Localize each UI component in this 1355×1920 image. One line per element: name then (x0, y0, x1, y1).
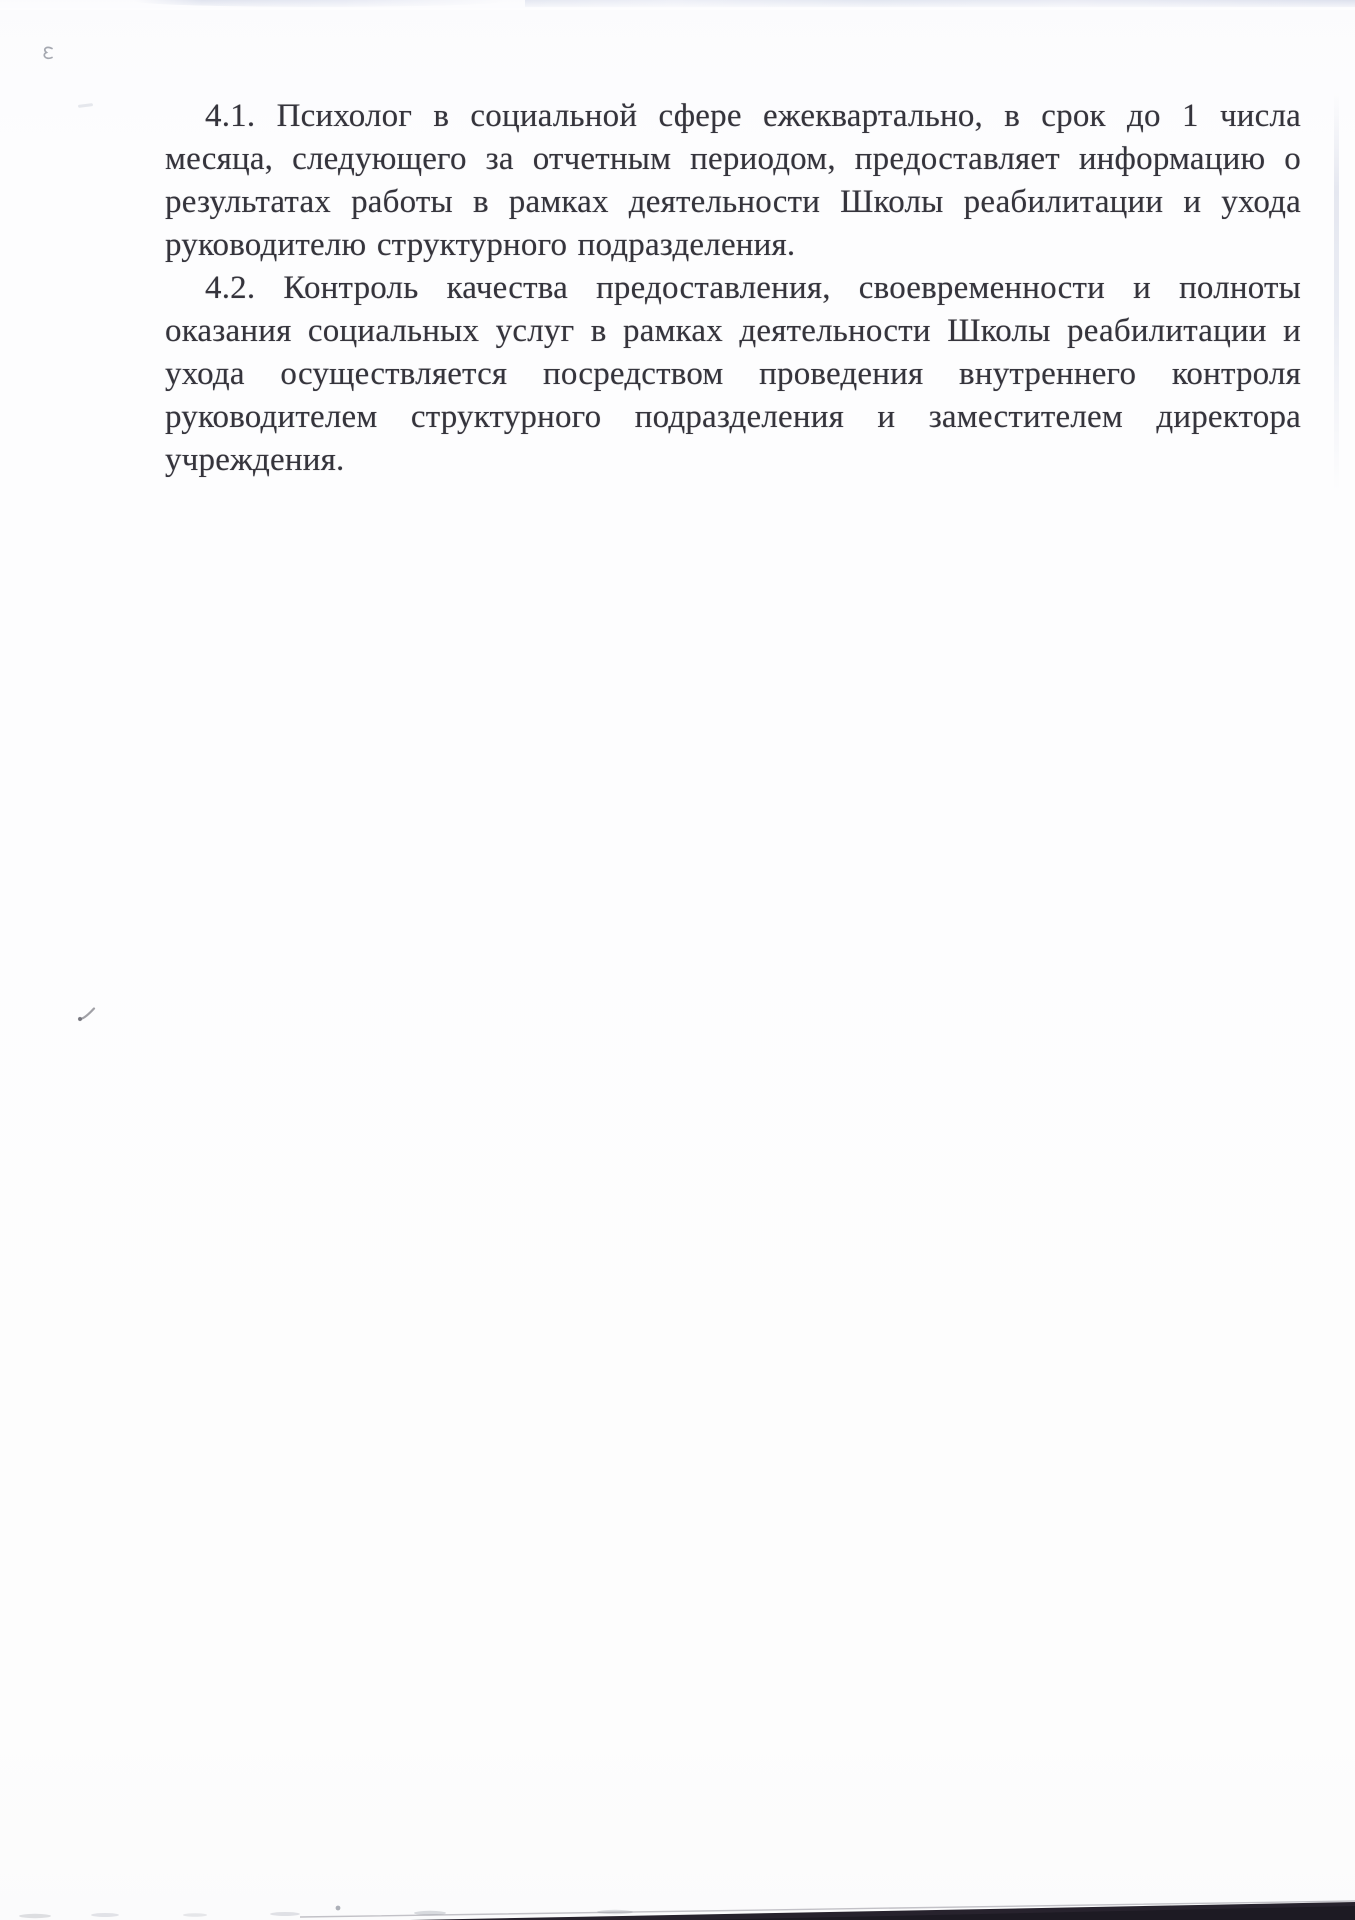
scan-artifact-top-edge (525, 0, 1355, 7)
scan-artifact-speck (41, 45, 56, 62)
scanned-page: 4.1. Психолог в социальной сфере ежеквар… (0, 0, 1355, 1920)
scan-artifact-tick-mark (77, 1006, 97, 1022)
paragraph-4-1: 4.1. Психолог в социальной сфере ежеквар… (165, 95, 1301, 267)
scan-artifact-dash (78, 103, 93, 108)
scan-artifact-right-streak (1334, 92, 1339, 492)
scan-artifact-top-edge-fade (0, 0, 1355, 10)
document-body: 4.1. Психолог в социальной сфере ежеквар… (165, 95, 1301, 482)
paragraph-4-2: 4.2. Контроль качества предоставления, с… (165, 267, 1301, 482)
scan-artifact-bottom-edge (0, 1894, 1355, 1920)
scan-artifact-top-edge (135, 0, 505, 7)
